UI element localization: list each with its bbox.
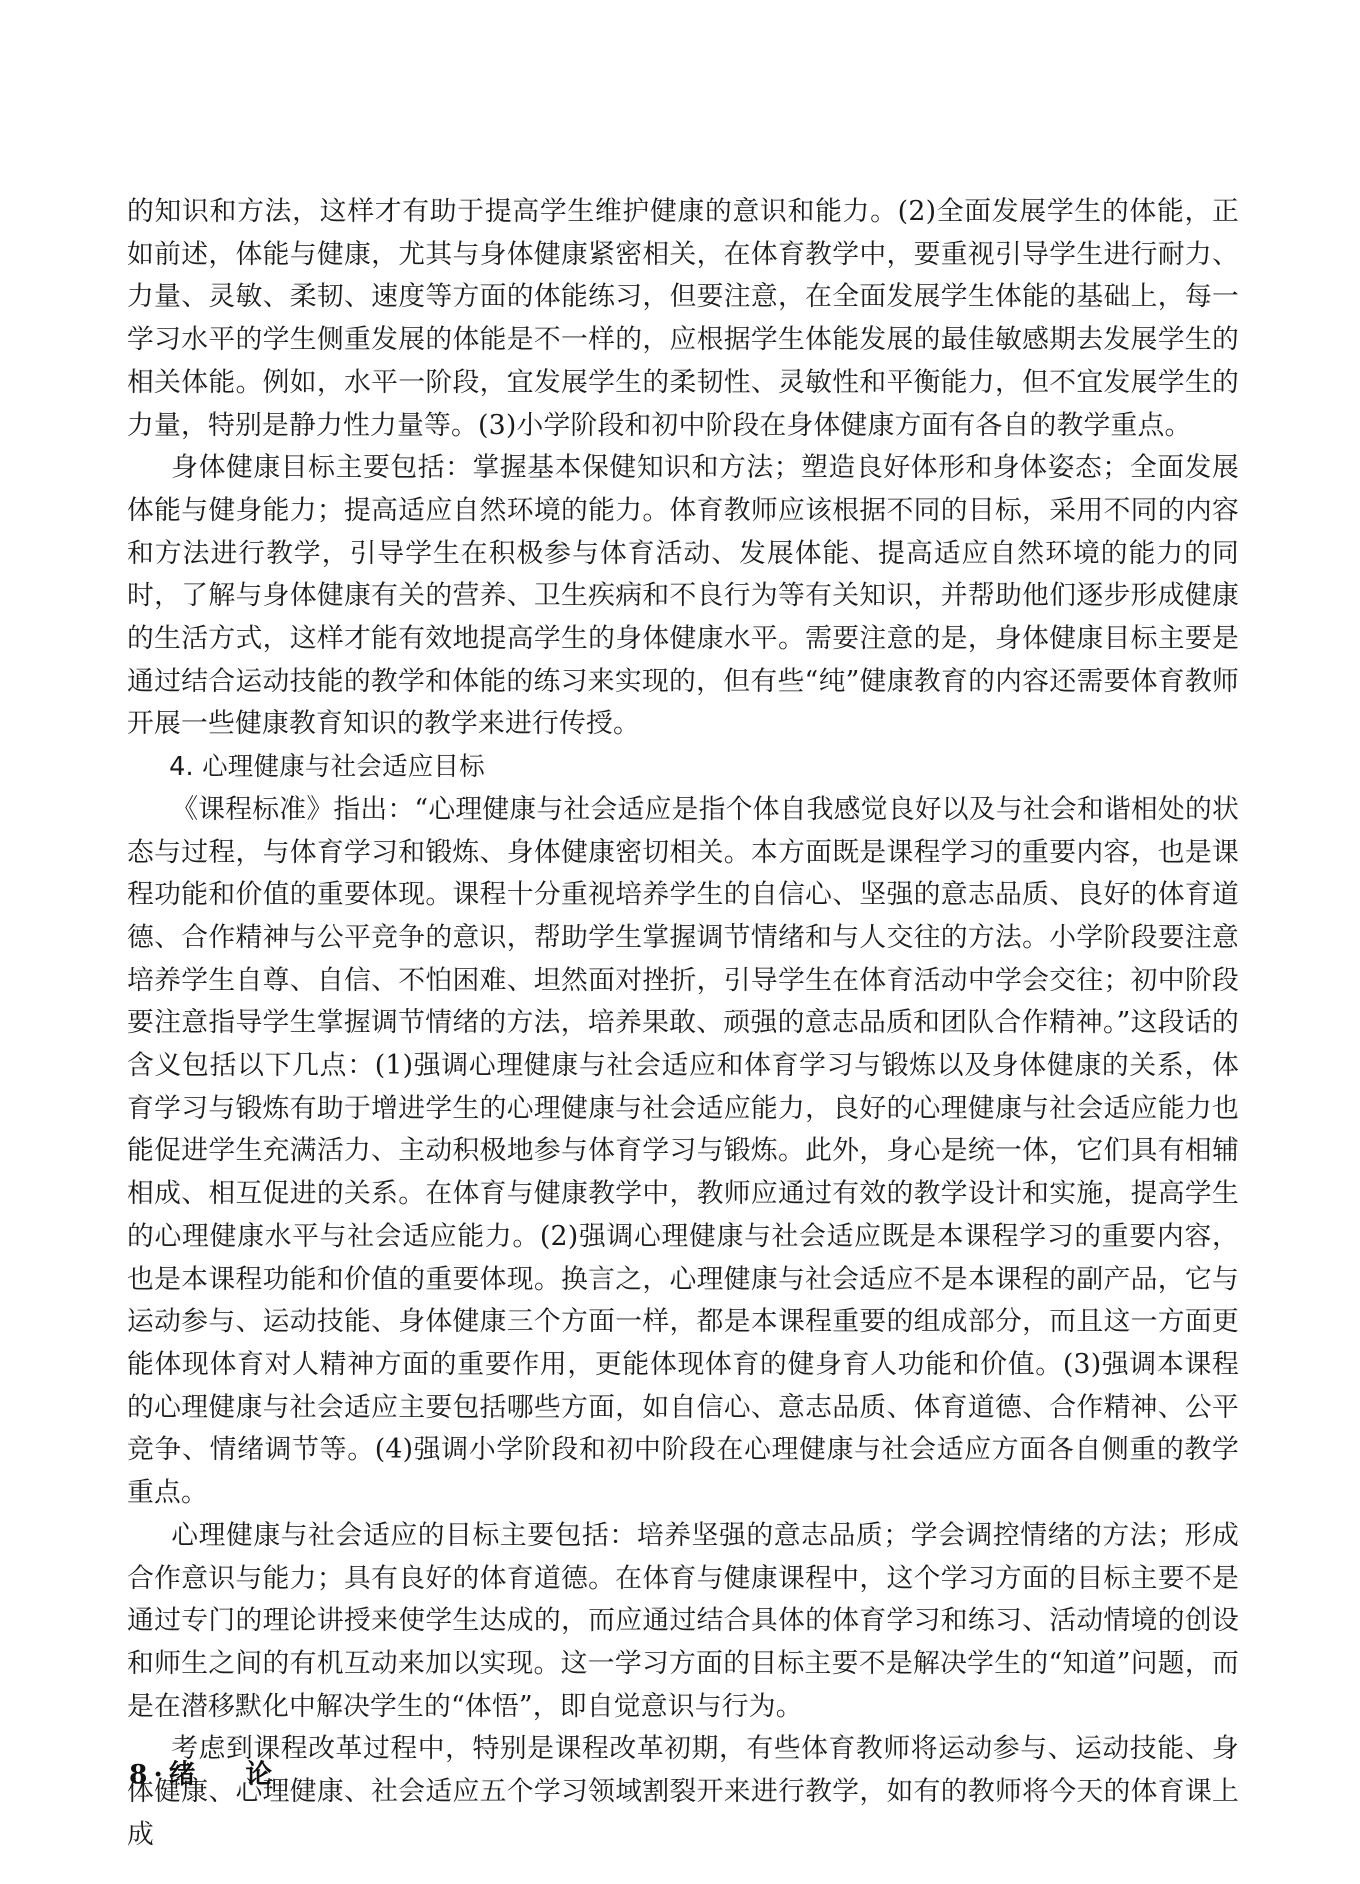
section-heading-mental-health: 4. 心理健康与社会适应目标 — [127, 746, 1239, 789]
paragraph-physical-health-goals: 身体健康目标主要包括：掌握基本保健知识和方法；塑造良好体形和身体姿态；全面发展体… — [127, 447, 1239, 746]
footer-separator-dot: · — [153, 1759, 162, 1790]
page-footer: 8·绪论 — [129, 1752, 272, 1791]
paragraph-curriculum-reform: 考虑到课程改革过程中，特别是课程改革初期，有些体育教师将运动参与、运动技能、身体… — [127, 1728, 1239, 1856]
paragraph-curriculum-standard-quote: 《课程标准》指出：“心理健康与社会适应是指个体自我感觉良好以及与社会和谐相处的状… — [127, 789, 1239, 1515]
paragraph-physical-health-continuation: 的知识和方法，这样才有助于提高学生维护健康的意识和能力。(2)全面发展学生的体能… — [127, 191, 1239, 447]
book-page: 的知识和方法，这样才有助于提高学生维护健康的意识和能力。(2)全面发展学生的体能… — [0, 0, 1360, 1884]
footer-section-title-char1: 绪 — [169, 1759, 196, 1790]
footer-section-title-char2: 论 — [246, 1759, 273, 1790]
page-number: 8 — [129, 1759, 147, 1790]
paragraph-mental-health-goals: 心理健康与社会适应的目标主要包括：培养坚强的意志品质；学会调控情绪的方法；形成合… — [127, 1515, 1239, 1729]
body-text-block: 的知识和方法，这样才有助于提高学生维护健康的意识和能力。(2)全面发展学生的体能… — [127, 191, 1239, 1856]
